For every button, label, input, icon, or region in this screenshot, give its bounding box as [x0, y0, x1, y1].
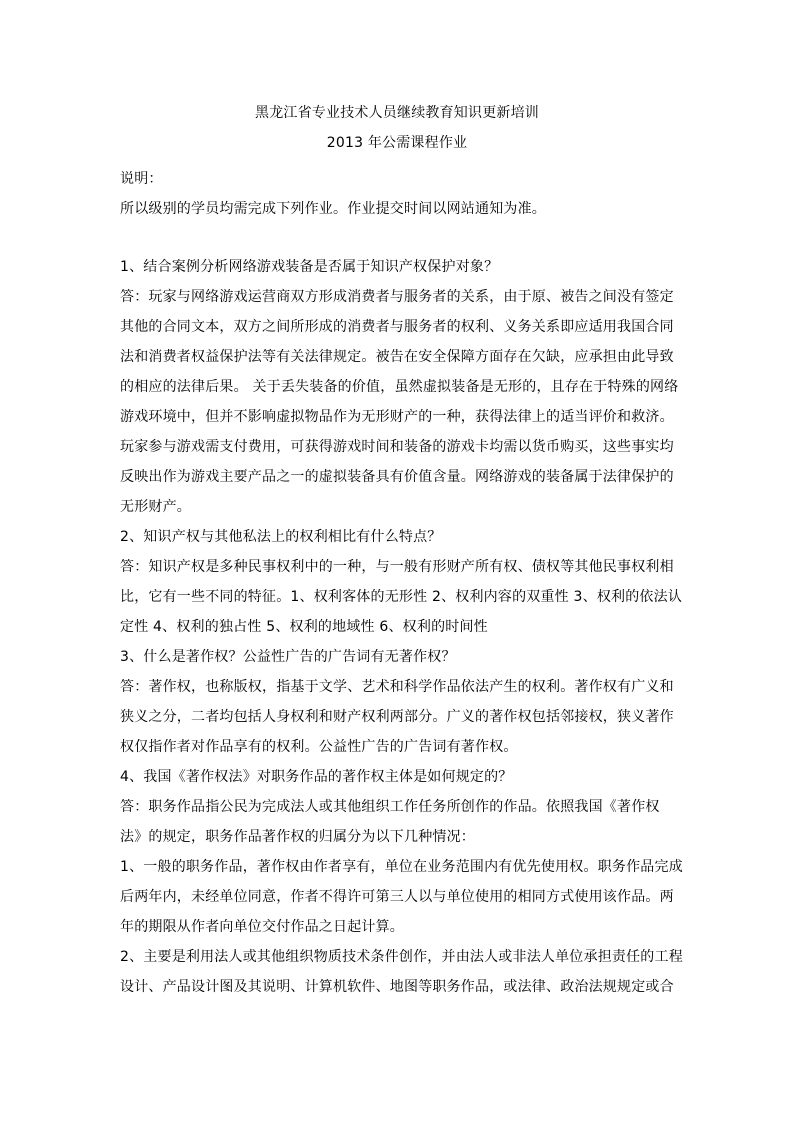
answer-2-line: 比，它有一些不同的特征。1、权利客体的无形性 2、权利内容的双重性 3、权利的依… — [120, 588, 680, 606]
answer-4-line: 1、一般的职务作品，著作权由作者享有，单位在业务范围内有优先使用权。职务作品完成 — [120, 858, 680, 876]
answer-3-line: 狭义之分，二者均包括人身权利和财产权利两部分。广义的著作权包括邻接权，狭义著作 — [120, 708, 680, 726]
document-subtitle: 2013 年公需课程作业 — [0, 134, 794, 152]
note-text: 所以级别的学员均需完成下列作业。作业提交时间以网站通知为准。 — [120, 200, 680, 218]
answer-1-line: 游戏环境中，但并不影响虚拟物品作为无形财产的一种，获得法律上的适当评价和救济。 — [120, 408, 680, 426]
answer-1-line: 答：玩家与网络游戏运营商双方形成消费者与服务者的关系，由于原、被告之间没有签定 — [120, 288, 680, 306]
answer-4-line: 设计、产品设计图及其说明、计算机软件、地图等职务作品，或法律、政治法规规定或合 — [120, 978, 680, 996]
question-4: 4、我国《著作权法》对职务作品的著作权主体是如何规定的？ — [120, 768, 680, 786]
answer-3-line: 权仅指作者对作品享有的权利。公益性广告的广告词有著作权。 — [120, 738, 680, 756]
answer-3-line: 答：著作权，也称版权，指基于文学、艺术和科学作品依法产生的权利。著作权有广义和 — [120, 678, 680, 696]
answer-4-line: 后两年内，未经单位同意，作者不得许可第三人以与单位使用的相同方式使用该作品。两 — [120, 888, 680, 906]
question-1: 1、结合案例分析网络游戏装备是否属于知识产权保护对象？ — [120, 258, 680, 276]
answer-2-line: 定性 4、权利的独占性 5、权利的地域性 6、权利的时间性 — [120, 618, 680, 636]
answer-1-line: 玩家参与游戏需支付费用，可获得游戏时间和装备的游戏卡均需以货币购买，这些事实均 — [120, 438, 680, 456]
answer-4-line: 法》的规定，职务作品著作权的归属分为以下几种情况： — [120, 828, 680, 846]
document-page: 黑龙江省专业技术人员继续教育知识更新培训 2013 年公需课程作业 说明： 所以… — [0, 0, 794, 1123]
answer-1-line: 其他的合同文本，双方之间所形成的消费者与服务者的权利、义务关系即应适用我国合同 — [120, 318, 680, 336]
note-label: 说明： — [120, 170, 680, 188]
question-2: 2、知识产权与其他私法上的权利相比有什么特点？ — [120, 528, 680, 546]
answer-1-line: 反映出作为游戏主要产品之一的虚拟装备具有价值含量。网络游戏的装备属于法律保护的 — [120, 468, 680, 486]
answer-4-line: 答：职务作品指公民为完成法人或其他组织工作任务所创作的作品。依照我国《著作权 — [120, 798, 680, 816]
answer-1-line: 无形财产。 — [120, 498, 680, 516]
answer-1-line: 法和消费者权益保护法等有关法律规定。被告在安全保障方面存在欠缺，应承担由此导致 — [120, 348, 680, 366]
document-title: 黑龙江省专业技术人员继续教育知识更新培训 — [0, 104, 794, 122]
answer-4-line: 2、主要是利用法人或其他组织物质技术条件创作，并由法人或非法人单位承担责任的工程 — [120, 948, 680, 966]
question-3: 3、什么是著作权？公益性广告的广告词有无著作权？ — [120, 648, 680, 666]
answer-1-line: 的相应的法律后果。 关于丢失装备的价值，虽然虚拟装备是无形的，且存在于特殊的网络 — [120, 378, 680, 396]
answer-4-line: 年的期限从作者向单位交付作品之日起计算。 — [120, 918, 680, 936]
answer-2-line: 答：知识产权是多种民事权利中的一种，与一般有形财产所有权、债权等其他民事权利相 — [120, 558, 680, 576]
